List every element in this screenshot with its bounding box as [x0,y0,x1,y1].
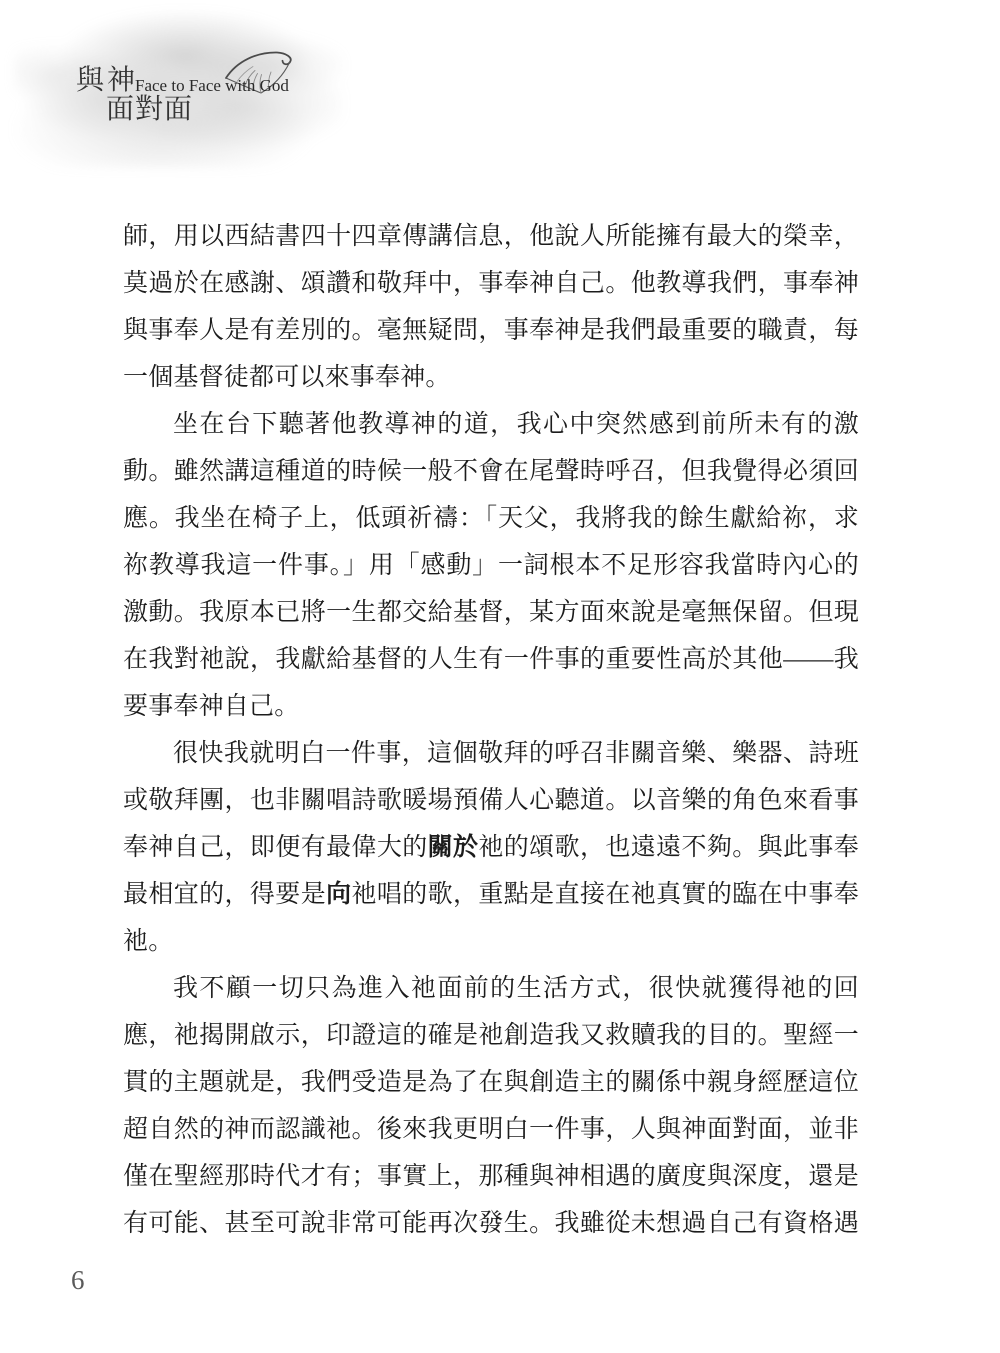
book-page: 與神 Face to Face with God 面對面 師，用以西結書四十四章… [0,0,1000,1353]
book-title-zh-part1: 與神 [76,66,138,96]
page-body-text: 師，用以西結書四十四章傳講信息，他說人所能擁有最大的榮幸，莫過於在感謝、頌讚和敬… [123,213,859,1253]
emphasis-bold: 向 [326,881,351,908]
book-title-zh-part2: 面對面 [106,95,193,125]
paragraph: 坐在台下聽著他教導神的道，我心中突然感到前所未有的激動。雖然講這種道的時候一般不… [123,401,859,730]
emphasis-bold: 關於 [428,834,479,861]
book-header: 與神 Face to Face with God 面對面 [0,0,420,190]
paragraph: 我不顧一切只為進入祂面前的生活方式，很快就獲得祂的回應，祂揭開啟示，印證這的確是… [123,965,859,1253]
paragraph: 很快我就明白一件事，這個敬拜的呼召非關音樂、樂器、詩班或敬拜團，也非關唱詩歌暖場… [123,730,859,965]
book-title-en: Face to Face with God [135,77,289,95]
paragraph: 師，用以西結書四十四章傳講信息，他說人所能擁有最大的榮幸，莫過於在感謝、頌讚和敬… [123,213,859,401]
page-number: 6 [71,1264,85,1296]
